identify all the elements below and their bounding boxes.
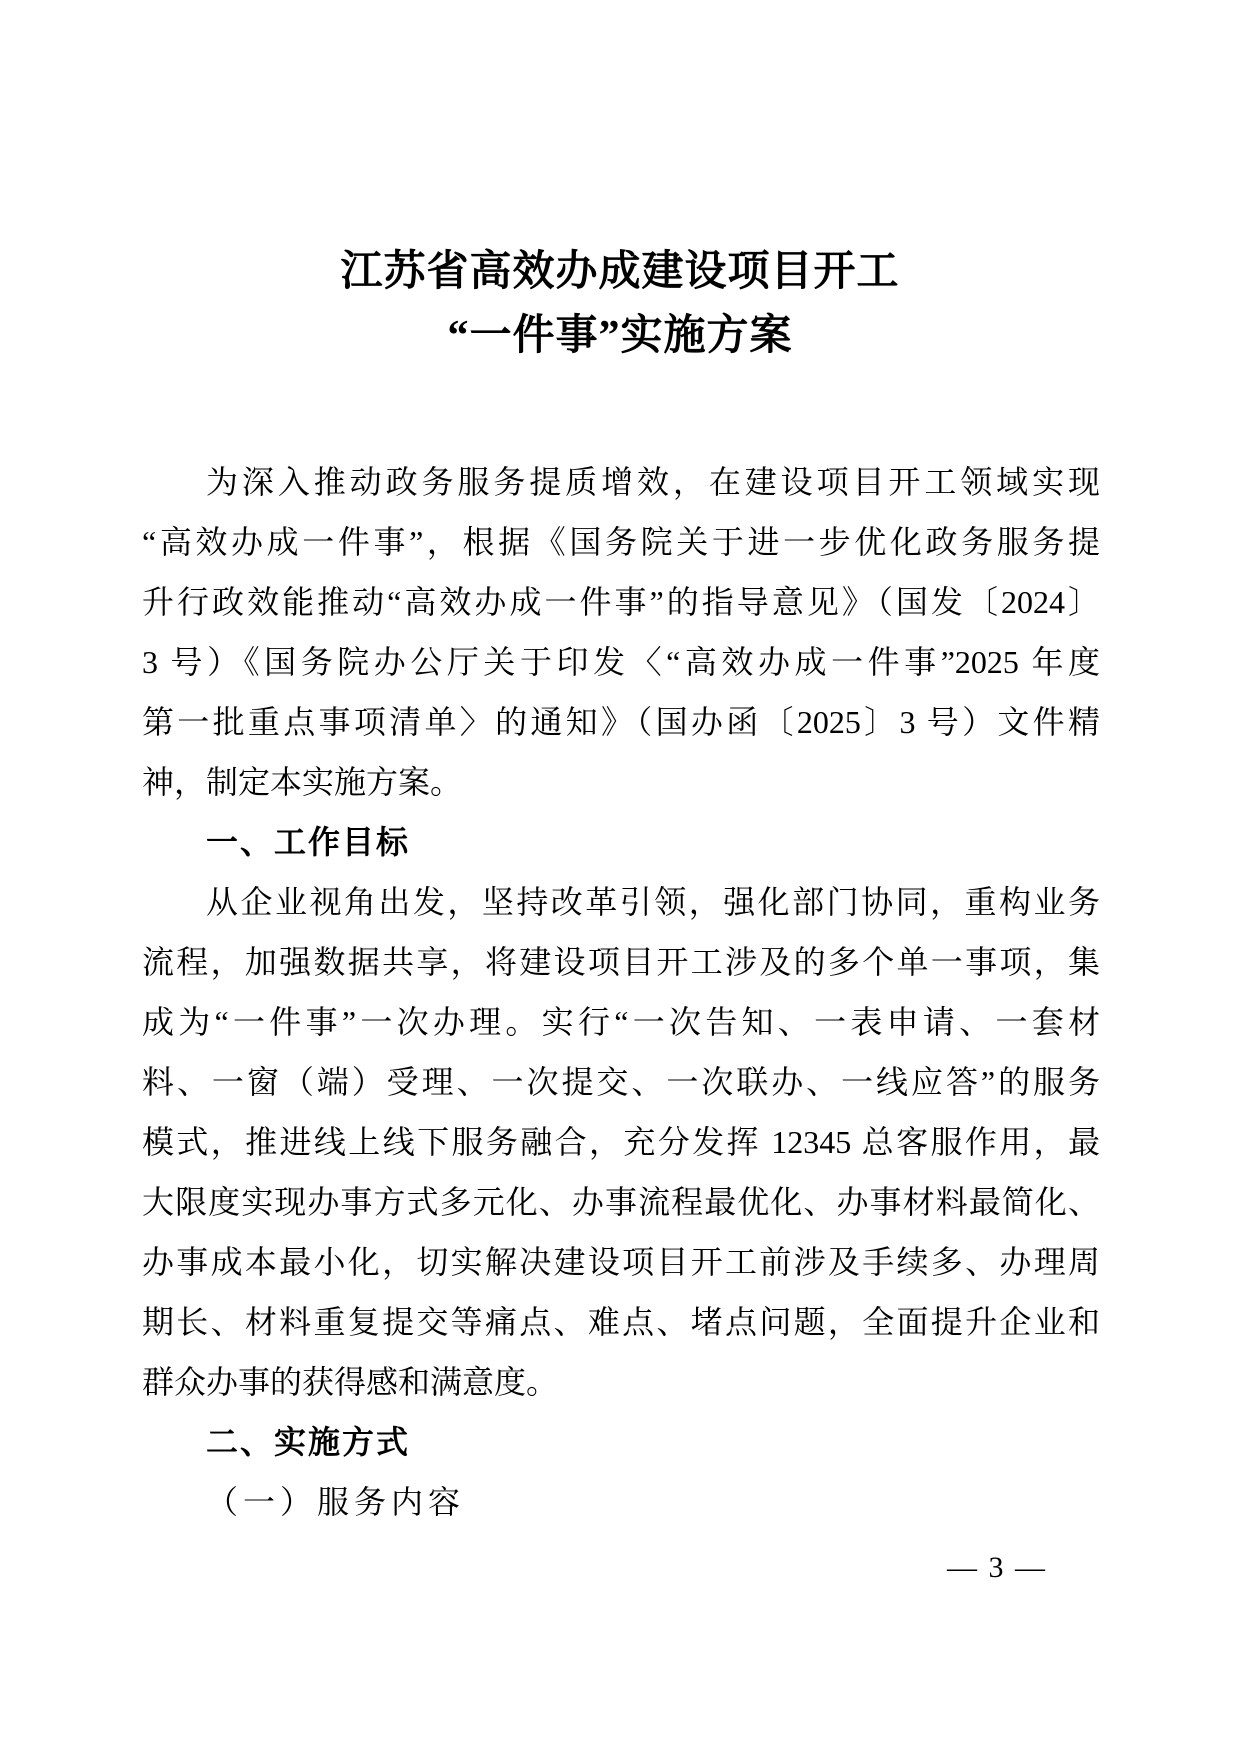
document-page: 江苏省高效办成建设项目开工 “一件事”实施方案 为深入推动政务服务提质增效，在建… — [0, 0, 1240, 1753]
text-line: 群众办事的获得感和满意度。 — [142, 1352, 1100, 1412]
text-line: 流程，加强数据共享，将建设项目开工涉及的多个单一事项，集 — [142, 932, 1100, 992]
text-line: 第一批重点事项清单〉的通知》（国办函〔2025〕3 号）文件精 — [142, 692, 1100, 752]
text-line: 升行政效能推动“高效办成一件事”的指导意见》（国发〔2024〕 — [142, 572, 1100, 632]
section-heading-2: 二、实施方式 — [142, 1412, 1100, 1472]
document-body: 为深入推动政务服务提质增效，在建设项目开工领域实现 “高效办成一件事”，根据《国… — [142, 452, 1100, 1532]
subsection-heading-1: （一）服务内容 — [142, 1472, 1100, 1532]
text-line: 为深入推动政务服务提质增效，在建设项目开工领域实现 — [142, 452, 1100, 512]
text-line: 模式，推进线上线下服务融合，充分发挥 12345 总客服作用，最 — [142, 1112, 1100, 1172]
document-title-line2: “一件事”实施方案 — [0, 304, 1240, 368]
document-title: 江苏省高效办成建设项目开工 “一件事”实施方案 — [0, 240, 1240, 368]
text-line: 期长、材料重复提交等痛点、难点、堵点问题，全面提升企业和 — [142, 1292, 1100, 1352]
text-line: 成为“一件事”一次办理。实行“一次告知、一表申请、一套材 — [142, 992, 1100, 1052]
text-line: 从企业视角出发，坚持改革引领，强化部门协同，重构业务 — [142, 872, 1100, 932]
text-line: 办事成本最小化，切实解决建设项目开工前涉及手续多、办理周 — [142, 1232, 1100, 1292]
section-heading-1: 一、工作目标 — [142, 812, 1100, 872]
page-number: — 3 — — [947, 1548, 1047, 1588]
text-line: 大限度实现办事方式多元化、办事流程最优化、办事材料最简化、 — [142, 1172, 1100, 1232]
text-line: “高效办成一件事”，根据《国务院关于进一步优化政务服务提 — [142, 512, 1100, 572]
text-line: 料、一窗（端）受理、一次提交、一次联办、一线应答”的服务 — [142, 1052, 1100, 1112]
text-line: 神，制定本实施方案。 — [142, 752, 1100, 812]
text-line: 3 号）《国务院办公厅关于印发〈“高效办成一件事”2025 年度 — [142, 632, 1100, 692]
document-title-line1: 江苏省高效办成建设项目开工 — [0, 240, 1240, 304]
